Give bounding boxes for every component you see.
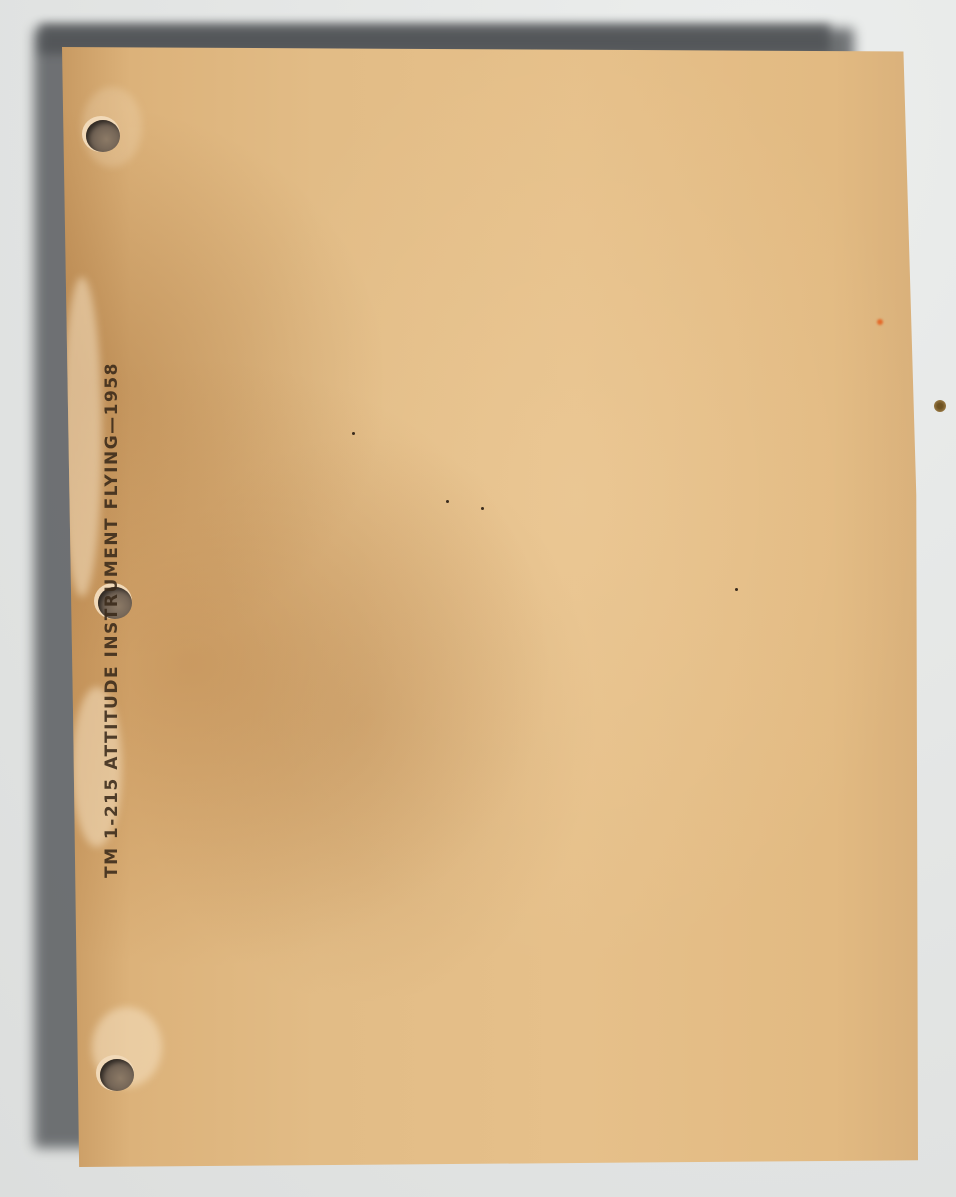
punch-hole-top (86, 120, 120, 152)
speck (352, 432, 355, 435)
manual-cover (62, 47, 918, 1167)
speck (481, 507, 484, 510)
orange-speck (877, 319, 883, 325)
speck (446, 500, 449, 503)
background-speck (934, 400, 946, 412)
speck (735, 588, 738, 591)
punch-hole-bottom (100, 1059, 134, 1091)
spine-title: TM 1-215 ATTITUDE INSTRUMENT FLYING—1958 (102, 362, 122, 878)
